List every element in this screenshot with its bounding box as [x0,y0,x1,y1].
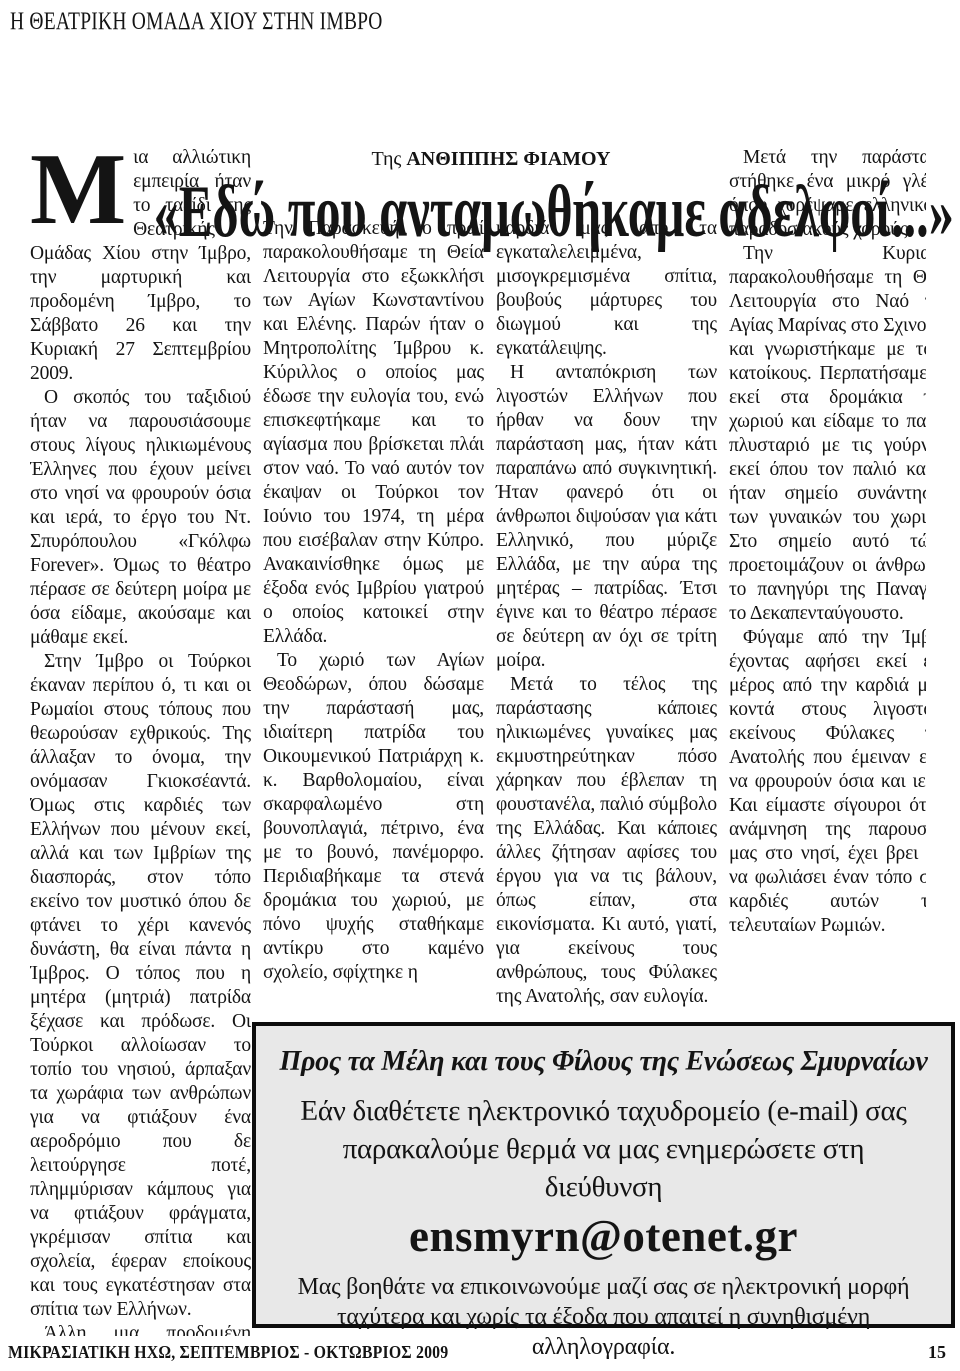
paragraph: Την Παρασκευή το πρωί παρακολουθήσαμε τη… [263,217,484,649]
paragraph: Στην Ίμβρο οι Τούρκοι έκαναν περίπου ό, … [30,650,251,1322]
notice-email-address: ensmyrn@otenet.gr [256,1210,951,1262]
paragraph: Μετά το τέλος της παράστασης κάποιες ηλι… [496,673,717,1009]
paragraph-continuation: καρδιά μας από τα εγκαταλελειμμένα, μισο… [496,217,717,361]
notice-box: Προς τα Μέλη και τους Φίλους της Ενώσεως… [252,1022,955,1328]
paragraph: Άλλη μια προδομένη πατρίδα. [30,1322,251,1336]
paragraph: Ο σκοπός του ταξιδιού ήταν να παρουσιάσο… [30,386,251,650]
paragraph: Φύγαμε από την Ίμβρο έχοντας αφήσει εκεί… [729,626,926,938]
paragraph: Μια αλλιώτικη εμπειρία ήταν το ταξίδι τη… [30,146,251,386]
notice-body-text: Εάν διαθέτετε ηλεκτρονικό ταχυδρομείο (e… [284,1092,924,1206]
newspaper-page: Η ΘΕΑΤΡΙΚΗ ΟΜΑΔΑ ΧΙΟΥ ΣΤΗΝ ΙΜΒΡΟ «Εδώ πο… [0,0,960,1371]
paragraph: Η ανταπόκριση των λιγοστών Ελλήνων που ή… [496,361,717,673]
article-kicker: Η ΘΕΑΤΡΙΚΗ ΟΜΑΔΑ ΧΙΟΥ ΣΤΗΝ ΙΜΒΡΟ [10,8,383,36]
paragraph: Το χωριό των Αγίων Θεοδώρων, όπου δώσαμε… [263,649,484,985]
notice-title: Προς τα Μέλη και τους Φίλους της Ενώσεως… [256,1046,951,1078]
notice-footnote-text: Μας βοηθάτε να επικοινωνούμε μαζί σας σε… [264,1272,944,1362]
drop-cap: Μ [30,150,126,230]
paragraph: Μετά την παράσταση στήθηκε ένα μικρό γλέ… [729,146,926,242]
paragraph: Την Κυριακή παρακολουθήσαμε τη Θεία Λειτ… [729,242,926,626]
article-column-1: Μια αλλιώτικη εμπειρία ήταν το ταξίδι τη… [30,146,251,1336]
